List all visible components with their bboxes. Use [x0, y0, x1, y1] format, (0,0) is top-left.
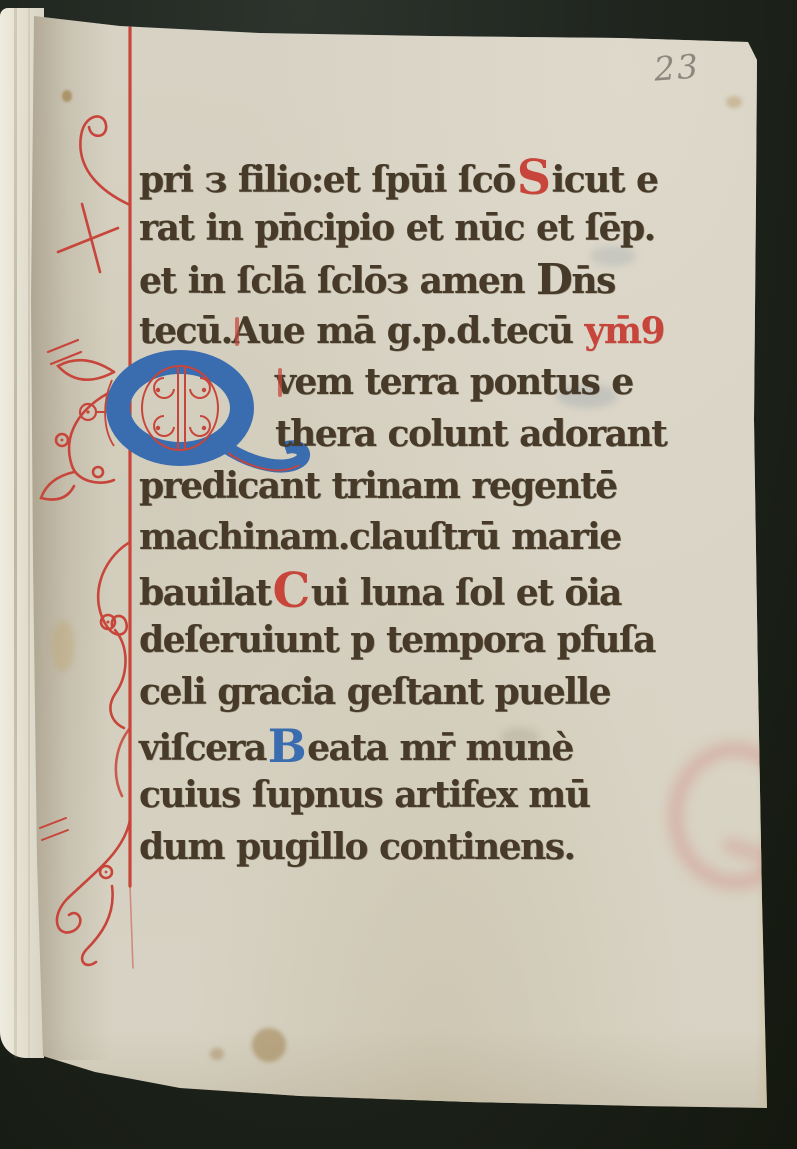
stain: [252, 1028, 286, 1062]
text-segment: pri з filio:et ſpūi ſcō: [139, 159, 515, 201]
text-line: machinam.clauſtrū marie: [139, 512, 691, 564]
text-segment: cuius ſupnus artifex mū: [139, 774, 589, 816]
text-line: rat in pn̄cipio et nūc et ſēp.: [139, 203, 691, 255]
page-crease: [14, 8, 17, 1058]
text-segment: deſeruiunt p tempora pfuſa: [139, 619, 655, 661]
text-line: thera colunt adorant: [139, 409, 691, 461]
parchment-leaf: 23: [0, 0, 797, 1149]
text-segment: tecū.: [139, 310, 232, 352]
versal-initial-d: D: [536, 255, 571, 305]
text-segment: n̄s: [571, 260, 614, 302]
stain: [210, 1048, 224, 1060]
text-segment: celi gracia geſtant puelle: [139, 671, 610, 713]
text-segment: thera colunt adorant: [275, 413, 666, 455]
text-line: dum pugillo continens.: [139, 822, 691, 874]
stain: [726, 96, 742, 108]
text-line: viſceraBeata mr̄ munè: [139, 719, 691, 771]
manuscript-photo: 23: [0, 0, 797, 1149]
text-line: celi gracia geſtant puelle: [139, 667, 691, 719]
text-segment: bauilat: [139, 572, 270, 614]
text-segment: eata mr̄ munè: [307, 727, 573, 769]
edge-tint: [755, 36, 769, 1111]
text-line: bauilatCui luna ſol et ōia: [139, 564, 691, 616]
folio-number: 23: [653, 46, 702, 88]
text-segment: dum pugillo continens.: [139, 826, 575, 868]
lombard-initial-b: B: [266, 719, 307, 773]
text-block: pri з filio:et ſpūi ſcōSicut erat in pn̄…: [139, 151, 691, 873]
rubric-word: ym̄9: [572, 310, 664, 352]
text-line: cuius ſupnus artifex mū: [139, 770, 691, 822]
text-segment: ui luna ſol et ōia: [311, 572, 621, 614]
bottom-shadow: [30, 1029, 797, 1149]
text-line: et in ſclā ſclōз amen Dn̄s: [139, 254, 691, 306]
text-segment: em terra pontus e: [294, 361, 632, 403]
text-line: predicant trinam regentē: [139, 461, 691, 513]
text-segment: rat in pn̄cipio et nūc et ſēp.: [139, 207, 655, 249]
text-segment: machinam.clauſtrū marie: [139, 516, 621, 558]
rubric-initial-c: C: [270, 563, 310, 619]
text-segment: et in ſclā ſclōз amen: [139, 260, 536, 302]
text-segment: v: [275, 361, 294, 403]
rubric-initial-s: S: [515, 150, 552, 206]
text-line: pri з filio:et ſpūi ſcōSicut e: [139, 151, 691, 203]
text-segment: predicant trinam regentē: [139, 465, 617, 507]
page-crease: [28, 8, 30, 1058]
text-segment: icut e: [552, 159, 658, 201]
text-line: deſeruiunt p tempora pfuſa: [139, 615, 691, 667]
text-segment: viſcera: [139, 727, 266, 769]
text-segment: A: [232, 310, 258, 352]
text-segment: ue mā g.p.d.tecū: [258, 310, 572, 352]
text-line: vem terra pontus e: [139, 357, 691, 409]
text-line: tecū.Aue mā g.p.d.tecū ym̄9: [139, 306, 691, 358]
